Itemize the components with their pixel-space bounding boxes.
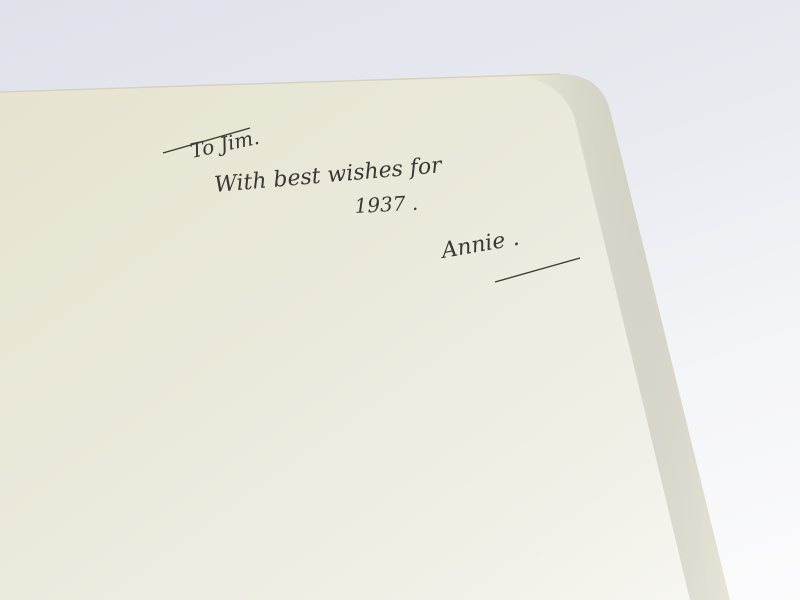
- inscription-signature: Annie .: [438, 226, 521, 265]
- inscription-line-1: To Jim.: [188, 125, 261, 163]
- handwritten-inscription: To Jim. With best wishes for 1937 . Anni…: [0, 0, 800, 600]
- inscription-line-3: 1937 .: [354, 191, 419, 218]
- photo-scene: To Jim. With best wishes for 1937 . Anni…: [0, 0, 800, 600]
